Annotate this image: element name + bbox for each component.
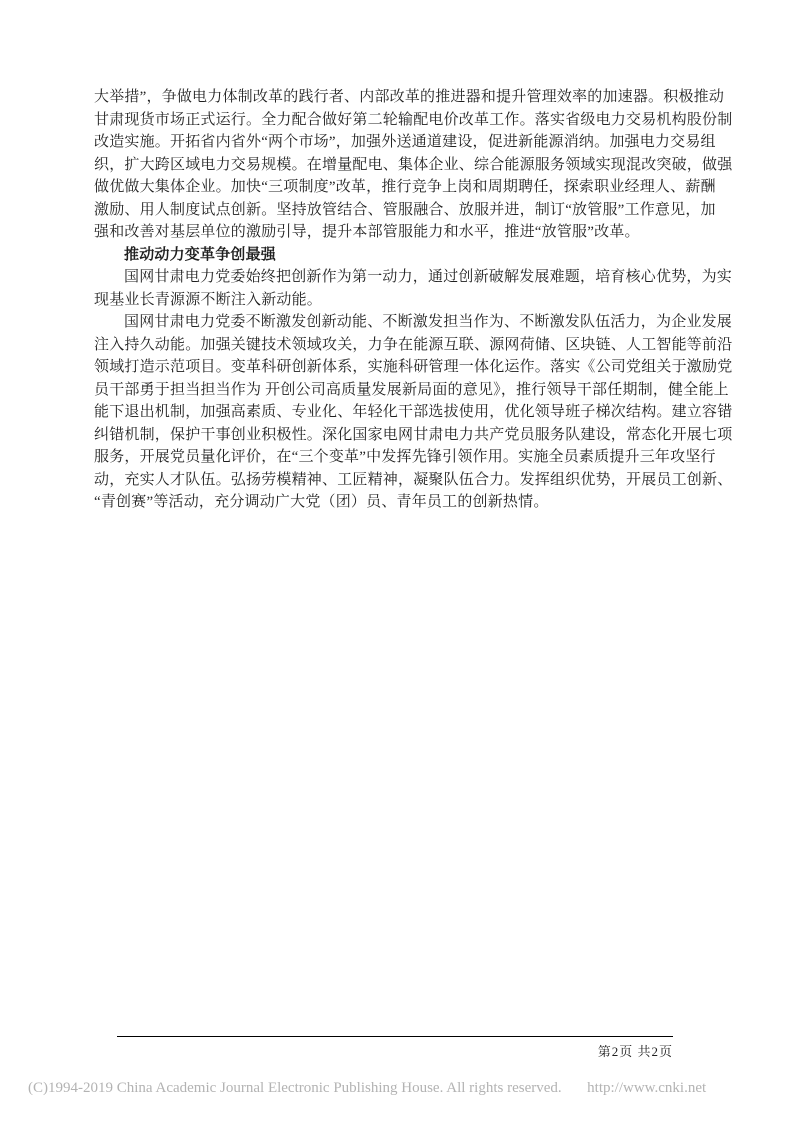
article-body: 大举措”，争做电力体制改革的践行者、内部改革的推进器和提升管理效率的加速器。积极… — [94, 86, 700, 514]
body-line: 现基业长青源源不断注入新动能。 — [94, 289, 700, 312]
body-line: 纠错机制，保护干事创业积极性。深化国家电网甘肃电力共产党员服务队建设，常态化开展… — [94, 424, 700, 447]
body-line: 大举措”，争做电力体制改革的践行者、内部改革的推进器和提升管理效率的加速器。积极… — [94, 86, 700, 109]
body-line: 员干部勇于担当担当作为 开创公司高质量发展新局面的意见》，推行领导干部任期制，健… — [94, 379, 700, 402]
body-line: 注入持久动能。加强关键技术领域攻关，力争在能源互联、源网荷储、区块链、人工智能等… — [94, 334, 700, 357]
footer-divider — [117, 1036, 673, 1037]
section-heading: 推动动力变革争创最强 — [94, 244, 700, 267]
body-line: 做优做大集体企业。加快“三项制度”改革，推行竞争上岗和周期聘任，探索职业经理人、… — [94, 176, 700, 199]
body-line: 国网甘肃电力党委不断激发创新动能、不断激发担当作为、不断激发队伍活力，为企业发展 — [94, 311, 700, 334]
body-line: 改造实施。开拓省内省外“两个市场”，加强外送通道建设，促进新能源消纳。加强电力交… — [94, 131, 700, 154]
body-line: 服务，开展党员量化评价，在“三个变革”中发挥先锋引领作用。实施全员素质提升三年攻… — [94, 446, 700, 469]
body-line: 动，充实人才队伍。弘扬劳模精神、工匠精神，凝聚队伍合力。发挥组织优势，开展员工创… — [94, 469, 700, 492]
body-line: 强和改善对基层单位的激励引导，提升本部管服能力和水平，推进“放管服”改革。 — [94, 221, 700, 244]
body-line: 领域打造示范项目。变革科研创新体系，实施科研管理一体化运作。落实《公司党组关于激… — [94, 356, 700, 379]
copyright-watermark: (C)1994-2019 China Academic Journal Elec… — [28, 1080, 706, 1097]
body-line: 甘肃现货市场正式运行。全力配合做好第二轮输配电价改革工作。落实省级电力交易机构股… — [94, 109, 700, 132]
body-line: 激励、用人制度试点创新。坚持放管结合、管服融合、放服并进，制订“放管服”工作意见… — [94, 199, 700, 222]
body-line: 国网甘肃电力党委始终把创新作为第一动力，通过创新破解发展难题，培育核心优势，为实 — [94, 266, 700, 289]
body-line: “青创赛”等活动，充分调动广大党（团）员、青年员工的创新热情。 — [94, 491, 700, 514]
copyright-text: (C)1994-2019 China Academic Journal Elec… — [28, 1080, 562, 1096]
page-indicator: 第2页 共2页 — [117, 1041, 673, 1060]
body-line: 织，扩大跨区域电力交易规模。在增量配电、集体企业、综合能源服务领域实现混改突破，… — [94, 154, 700, 177]
body-line: 能下退出机制，加强高素质、专业化、年轻化干部选拔使用，优化领导班子梯次结构。建立… — [94, 401, 700, 424]
cnki-url: http://www.cnki.net — [587, 1080, 706, 1096]
document-page: 大举措”，争做电力体制改革的践行者、内部改革的推进器和提升管理效率的加速器。积极… — [0, 0, 793, 1122]
